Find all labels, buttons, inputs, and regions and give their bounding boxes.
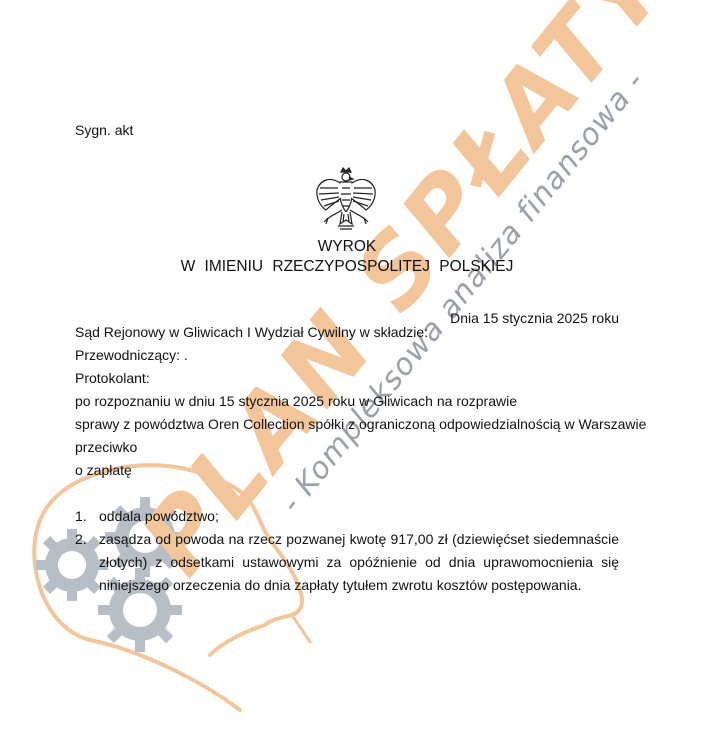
- claim-subject: o zapłatę: [75, 462, 132, 478]
- presiding-judge: Przewodniczący: .: [75, 347, 188, 363]
- polish-eagle-emblem-icon: [314, 166, 378, 234]
- document-page: PLAN SPŁATY - Kompleksowa analiza finans…: [0, 0, 704, 730]
- ruling-text: oddala powództwo;: [99, 505, 619, 528]
- ruling-text: zasądza od powoda na rzecz pozwanej kwot…: [99, 528, 619, 597]
- ruling-item: 2. zasądza od powoda na rzecz pozwanej k…: [75, 528, 619, 597]
- court-reporter: Protokolant:: [75, 370, 150, 386]
- court-composition: Sąd Rejonowy w Gliwicach I Wydział Cywil…: [75, 324, 428, 340]
- ruling-number: 2.: [75, 528, 99, 597]
- ruling-item: 1. oddala powództwo;: [75, 505, 619, 528]
- judgment-subtitle: W IMIENIU RZECZYPOSPOLITEJ POLSKIEJ: [0, 258, 694, 276]
- hearing-info: po rozpoznaniu w dniu 15 stycznia 2025 r…: [75, 393, 517, 409]
- plaintiff-info: sprawy z powództwa Oren Collection spółk…: [75, 416, 646, 432]
- judgment-content: Sygn. akt: [0, 0, 704, 730]
- against-label: przeciwko: [75, 439, 137, 455]
- judgment-title: WYROK: [0, 238, 694, 256]
- judgment-date: Dnia 15 stycznia 2025 roku: [450, 310, 619, 326]
- ruling-number: 1.: [75, 505, 99, 528]
- rulings-list: 1. oddala powództwo; 2. zasądza od powod…: [75, 505, 619, 597]
- case-number-label: Sygn. akt: [75, 122, 133, 138]
